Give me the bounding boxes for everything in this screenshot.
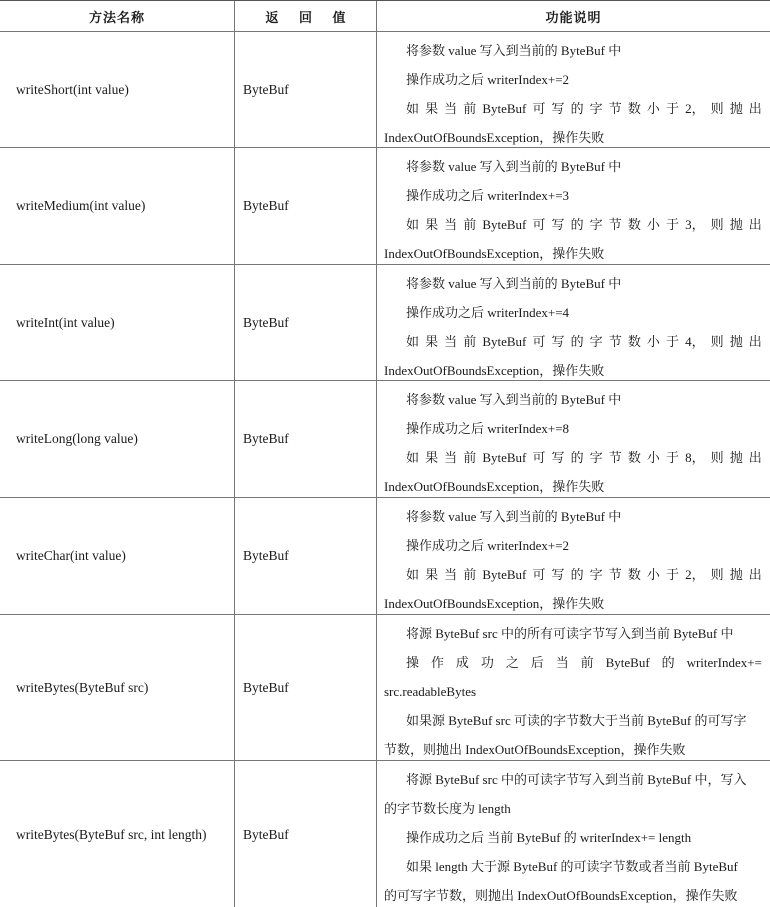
description-cell: 将参数 value 写入到当前的 ByteBuf 中 操作成功之后 writer… [377,148,770,264]
description-token: 写 [552,94,565,123]
table-row: writeBytes(ByteBuf src) ByteBuf 将源 ByteB… [0,615,770,761]
method-name: writeInt(int value) [16,315,115,331]
description-token: 则 [711,560,724,589]
description-token: 之 [506,648,519,677]
description-token: 抛 [730,327,743,356]
description-token: 4， [685,327,705,356]
method-name-cell: writeLong(long value) [0,381,235,497]
description-token: 字 [590,327,603,356]
description-line: 操作成功之后 writerIndex+=2 [384,65,762,94]
description-token: 写 [552,560,565,589]
method-name: writeChar(int value) [16,548,126,564]
description-line: 的可写字节数，则抛出 IndexOutOfBoundsException，操作失… [384,881,762,907]
description-line: 将源 ByteBuf src 中的所有可读字节写入到当前 ByteBuf 中 [384,619,762,648]
description-token: 当 [556,648,569,677]
description-token: 2， [685,560,705,589]
header-method-name: 方法名称 [0,1,235,31]
description-token: 果 [425,94,438,123]
description-line: 节数，则抛出 IndexOutOfBoundsException，操作失败 [384,735,762,764]
description-line: 将源 ByteBuf src 中的可读字节写入到当前 ByteBuf 中，写入 [384,765,762,794]
description-line: 如果当前ByteBuf可写的字节数小于2，则抛出 [384,94,762,123]
return-type: ByteBuf [243,431,289,447]
return-type-cell: ByteBuf [235,265,377,380]
description-token: 则 [711,443,724,472]
header-label: 返 回 值 [257,7,353,26]
return-type-cell: ByteBuf [235,498,377,614]
description-token: 8， [685,443,705,472]
description-token: 的 [571,210,584,239]
return-type: ByteBuf [243,680,289,696]
description-token: 果 [425,443,438,472]
description-token: 2， [685,94,705,123]
return-type-cell: ByteBuf [235,32,377,147]
description-line: IndexOutOfBoundsException，操作失败 [384,589,762,618]
description-token: 功 [481,648,494,677]
return-type-cell: ByteBuf [235,381,377,497]
description-token: 前 [463,443,476,472]
return-type-cell: ByteBuf [235,148,377,264]
description-cell: 将参数 value 写入到当前的 ByteBuf 中 操作成功之后 writer… [377,381,770,497]
method-table: 方法名称 返 回 值 功能说明 writeShort(int value) By… [0,0,770,907]
return-type-cell: ByteBuf [235,761,377,907]
description-line: 操作成功之后 当前 ByteBuf 的 writerIndex+= length [384,823,762,852]
description-line: 操作成功之后 writerIndex+=3 [384,181,762,210]
description-token: 字 [590,210,603,239]
return-type: ByteBuf [243,827,289,843]
description-token: 成 [456,648,469,677]
return-type: ByteBuf [243,315,289,331]
description-token: 当 [444,94,457,123]
description-token: 如 [406,327,419,356]
table-row: writeBytes(ByteBuf src, int length) Byte… [0,761,770,907]
description-line: 将参数 value 写入到当前的 ByteBuf 中 [384,385,762,414]
description-token: 小 [647,210,660,239]
description-token: 小 [647,327,660,356]
description-token: ByteBuf [482,94,526,123]
description-token: 如 [406,210,419,239]
description-token: 作 [431,648,444,677]
description-token: 字 [590,94,603,123]
description-line: 如果当前ByteBuf可写的字节数小于3，则抛出 [384,210,762,239]
description-line: 如果 length 大于源 ByteBuf 的可读字节数或者当前 ByteBuf [384,852,762,881]
description-token: 于 [666,210,679,239]
description-token: 当 [444,210,457,239]
description-token: 的 [571,327,584,356]
description-token: 的 [571,560,584,589]
description-token: 如 [406,560,419,589]
description-token: ByteBuf [482,210,526,239]
method-name: writeBytes(ByteBuf src) [16,680,148,696]
description-token: 于 [666,327,679,356]
table-row: writeInt(int value) ByteBuf 将参数 value 写入… [0,265,770,381]
description-line: 将参数 value 写入到当前的 ByteBuf 中 [384,152,762,181]
header-return-value: 返 回 值 [235,1,377,31]
description-cell: 将参数 value 写入到当前的 ByteBuf 中 操作成功之后 writer… [377,32,770,147]
description-token: 的 [571,94,584,123]
method-name-cell: writeInt(int value) [0,265,235,380]
description-token: 如 [406,94,419,123]
description-token: 数 [628,560,641,589]
table-row: writeMedium(int value) ByteBuf 将参数 value… [0,148,770,265]
description-token: 的 [662,648,675,677]
description-token: 节 [609,560,622,589]
description-token: 前 [581,648,594,677]
description-token: 当 [444,560,457,589]
header-label: 方法名称 [89,7,145,26]
description-line: 操作成功之后当前ByteBuf的writerIndex+= [384,648,762,677]
method-name-cell: writeBytes(ByteBuf src) [0,615,235,760]
description-token: 出 [749,560,762,589]
description-token: 抛 [730,94,743,123]
method-name: writeShort(int value) [16,82,129,98]
description-token: 前 [463,210,476,239]
description-token: 数 [628,327,641,356]
description-token: 前 [463,94,476,123]
method-name-cell: writeMedium(int value) [0,148,235,264]
description-token: 抛 [730,210,743,239]
description-token: 数 [628,94,641,123]
description-token: 节 [609,210,622,239]
method-name: writeBytes(ByteBuf src, int length) [16,827,206,843]
description-line: 如果当前ByteBuf可写的字节数小于2，则抛出 [384,560,762,589]
description-cell: 将源 ByteBuf src 中的所有可读字节写入到当前 ByteBuf 中 操… [377,615,770,760]
description-line: IndexOutOfBoundsException，操作失败 [384,239,762,268]
return-type: ByteBuf [243,198,289,214]
description-token: 的 [571,443,584,472]
table-row: writeChar(int value) ByteBuf 将参数 value 写… [0,498,770,615]
header-description: 功能说明 [377,1,770,31]
description-line: 操作成功之后 writerIndex+=8 [384,414,762,443]
description-token: 前 [463,327,476,356]
method-name-cell: writeChar(int value) [0,498,235,614]
description-line: src.readableBytes [384,677,762,706]
header-label: 功能说明 [545,7,601,26]
description-token: 则 [711,210,724,239]
description-token: 操 [406,648,419,677]
description-token: 出 [749,443,762,472]
description-token: 写 [552,210,565,239]
description-cell: 将参数 value 写入到当前的 ByteBuf 中 操作成功之后 writer… [377,265,770,380]
description-token: 于 [666,443,679,472]
description-token: ByteBuf [482,327,526,356]
description-line: 将参数 value 写入到当前的 ByteBuf 中 [384,502,762,531]
table-row: writeLong(long value) ByteBuf 将参数 value … [0,381,770,498]
description-token: 抛 [730,560,743,589]
description-line: 如果源 ByteBuf src 可读的字节数大于当前 ByteBuf 的可写字 [384,706,762,735]
description-token: 后 [531,648,544,677]
description-token: 数 [628,210,641,239]
description-token: 小 [647,560,660,589]
description-token: 果 [425,210,438,239]
description-cell: 将参数 value 写入到当前的 ByteBuf 中 操作成功之后 writer… [377,498,770,614]
description-token: 如 [406,443,419,472]
description-line: 将参数 value 写入到当前的 ByteBuf 中 [384,36,762,65]
description-token: 字 [590,443,603,472]
method-name: writeLong(long value) [16,431,138,447]
description-token: 节 [609,327,622,356]
description-token: 果 [425,560,438,589]
description-token: 可 [532,210,545,239]
description-token: 节 [609,443,622,472]
description-token: 可 [532,560,545,589]
description-cell: 将源 ByteBuf src 中的可读字节写入到当前 ByteBuf 中，写入 … [377,761,770,907]
return-type: ByteBuf [243,548,289,564]
table-row: writeShort(int value) ByteBuf 将参数 value … [0,32,770,148]
description-token: 小 [647,94,660,123]
table-header-row: 方法名称 返 回 值 功能说明 [0,1,770,32]
description-token: 则 [711,94,724,123]
description-token: 出 [749,327,762,356]
description-line: IndexOutOfBoundsException，操作失败 [384,472,762,501]
description-line: 操作成功之后 writerIndex+=2 [384,531,762,560]
description-token: 前 [463,560,476,589]
description-token: 抛 [730,443,743,472]
description-line: 操作成功之后 writerIndex+=4 [384,298,762,327]
return-type: ByteBuf [243,82,289,98]
description-token: writerIndex+= [687,648,762,677]
description-token: ByteBuf [606,648,650,677]
description-token: 于 [666,560,679,589]
description-token: 小 [647,443,660,472]
description-token: 数 [628,443,641,472]
description-token: ByteBuf [482,443,526,472]
description-token: 3， [685,210,705,239]
method-name: writeMedium(int value) [16,198,145,214]
description-token: 出 [749,210,762,239]
description-token: 可 [532,327,545,356]
description-token: 果 [425,327,438,356]
description-line: 将参数 value 写入到当前的 ByteBuf 中 [384,269,762,298]
description-token: 则 [711,327,724,356]
description-token: 出 [749,94,762,123]
description-token: 节 [609,94,622,123]
return-type-cell: ByteBuf [235,615,377,760]
description-token: 当 [444,443,457,472]
description-token: 字 [590,560,603,589]
description-line: 的字节数长度为 length [384,794,762,823]
description-token: 写 [552,443,565,472]
description-line: 如果当前ByteBuf可写的字节数小于4，则抛出 [384,327,762,356]
description-token: 写 [552,327,565,356]
description-token: 当 [444,327,457,356]
description-token: 于 [666,94,679,123]
method-name-cell: writeShort(int value) [0,32,235,147]
description-token: 可 [532,443,545,472]
description-line: 如果当前ByteBuf可写的字节数小于8，则抛出 [384,443,762,472]
description-token: 可 [532,94,545,123]
description-token: ByteBuf [482,560,526,589]
method-name-cell: writeBytes(ByteBuf src, int length) [0,761,235,907]
